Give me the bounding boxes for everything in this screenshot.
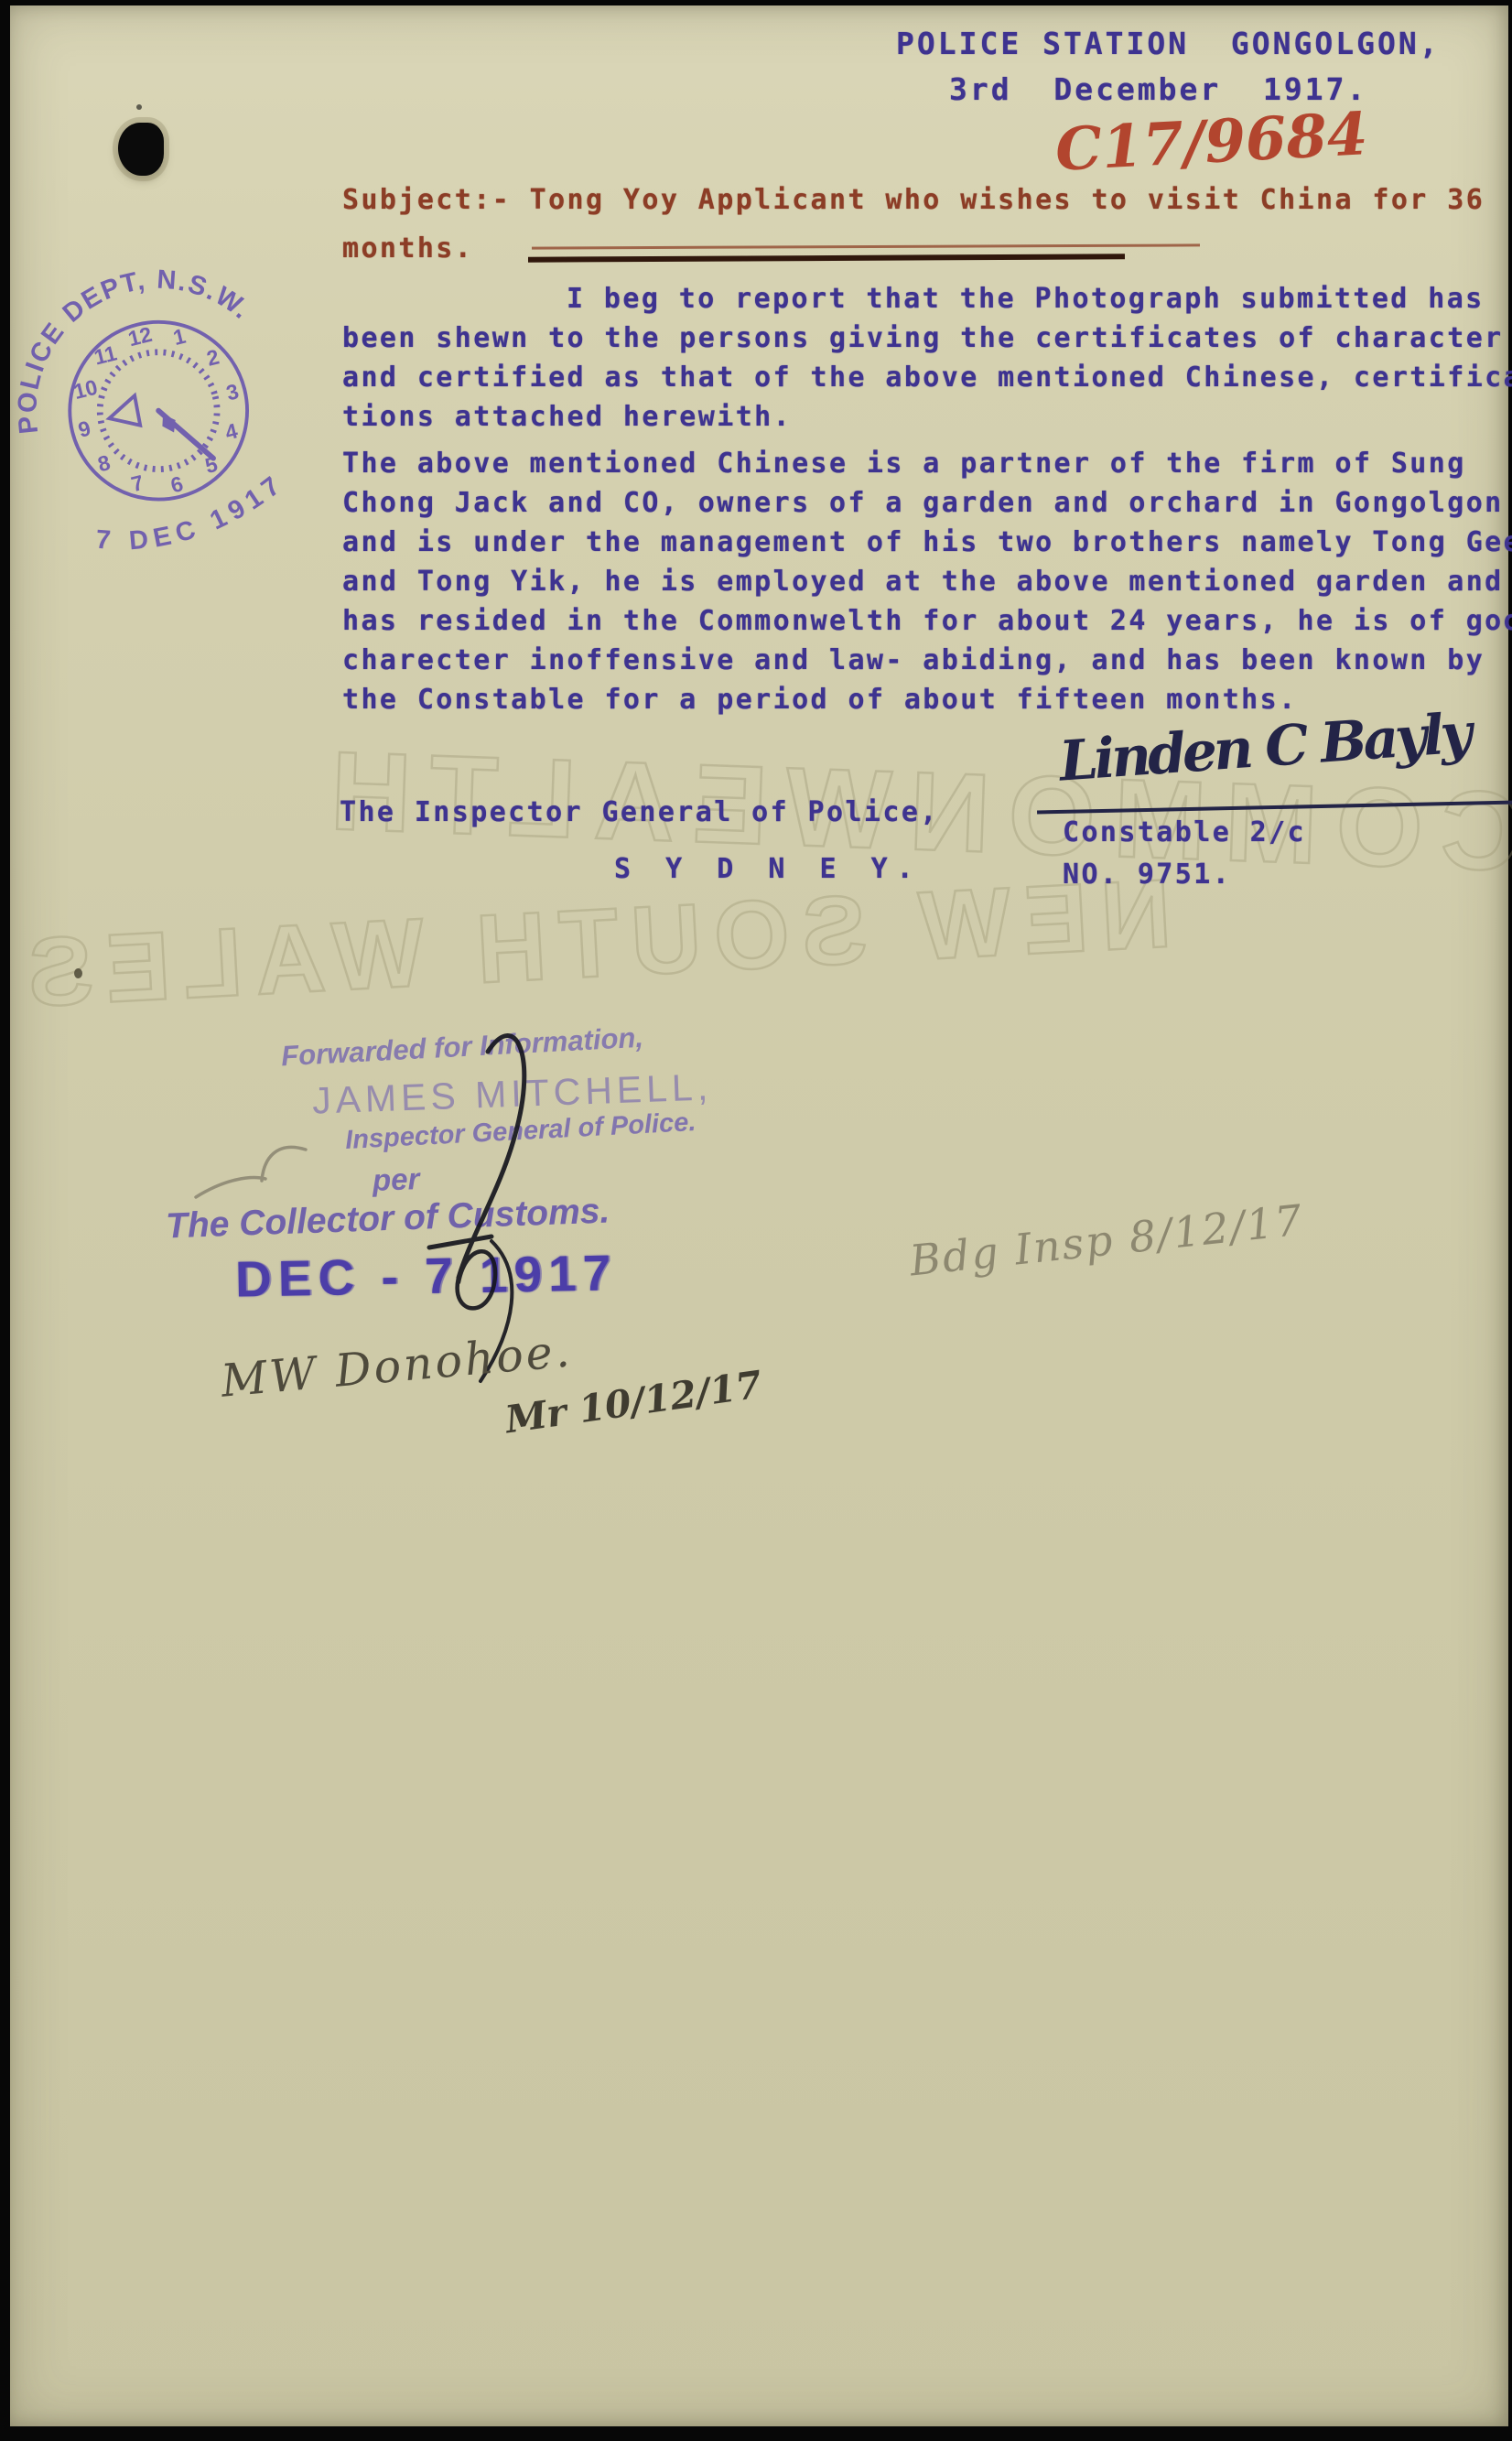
body-p2-line7: the Constable for a period of about fift…: [342, 684, 1298, 717]
subject-underline-light: [532, 243, 1200, 249]
body-p2-line6: charecter inoffensive and law- abiding, …: [342, 644, 1485, 677]
body-p2-line4: and Tong Yik, he is employed at the abov…: [342, 566, 1504, 599]
clock-numeral-11: 11: [92, 340, 119, 369]
subject-line-2: months.: [342, 232, 473, 265]
police-dept-stamp-graphic: 12 1 2 3 4 5 6 7 8 9 10 11 POLICE DEPT, …: [0, 212, 335, 600]
clock-numeral-10: 10: [71, 375, 100, 404]
signature-rank: Constable 2/c: [1063, 816, 1306, 849]
clock-numeral-2: 2: [204, 345, 221, 371]
signature-number: NO. 9751.: [1063, 859, 1231, 891]
body-p1-line3: and certified as that of the above menti…: [342, 362, 1512, 394]
body-p2-line1: The above mentioned Chinese is a partner…: [342, 448, 1466, 481]
clock-numeral-12: 12: [125, 322, 154, 351]
ink-speck: [136, 104, 142, 110]
pencil-flourish: [189, 1139, 326, 1212]
addressee-line2: S Y D N E Y.: [614, 853, 923, 886]
body-p2-line2: Chong Jack and CO, owners of a garden an…: [342, 487, 1504, 520]
dot-speck: [74, 968, 82, 978]
ghost-bleedthrough-new-south-wales: NEW SOUTH WALES: [13, 859, 1174, 1030]
body-p2-line3: and is under the management of his two b…: [342, 526, 1512, 559]
police-dept-stamp: 12 1 2 3 4 5 6 7 8 9 10 11 POLICE DEPT, …: [0, 212, 335, 600]
body-p1-line1: I beg to report that the Photograph subm…: [567, 283, 1485, 316]
body-p1-line4: tions attached herewith.: [342, 401, 792, 434]
addressee-line1: The Inspector General of Police,: [340, 796, 939, 829]
clock-numeral-3: 3: [224, 379, 242, 405]
punch-hole: [118, 123, 164, 176]
header-station-line: POLICE STATION GONGOLGON,: [896, 27, 1441, 60]
reference-number-handwritten: C17/9684: [1053, 100, 1369, 185]
body-p2-line5: has resided in the Commonwelth for about…: [342, 605, 1512, 638]
clock-numeral-4: 4: [222, 418, 240, 444]
clock-numeral-6: 6: [168, 471, 186, 497]
svg-text:7 DEC 1917: 7 DEC 1917: [85, 465, 297, 569]
stamp-clock-hour-hand: [105, 395, 142, 432]
subject-underline-heavy: [528, 254, 1125, 262]
stamp-date-text: 7 DEC 1917: [85, 465, 297, 569]
body-p1-line2: been shewn to the persons giving the cer…: [342, 322, 1504, 355]
document-page: COMMONWEALTH NEW SOUTH WALES POLICE STAT…: [10, 5, 1508, 2426]
clock-numeral-8: 8: [95, 450, 113, 476]
clock-numeral-7: 7: [129, 470, 146, 496]
pencil-note-bdg: Bdg Insp 8/12/17: [907, 1195, 1305, 1286]
subject-line-1: Subject:- Tong Yoy Applicant who wishes …: [342, 184, 1485, 217]
clock-numeral-9: 9: [76, 416, 93, 441]
header-date-line: 3rd December 1917.: [949, 73, 1367, 106]
clock-numeral-5: 5: [202, 452, 220, 478]
